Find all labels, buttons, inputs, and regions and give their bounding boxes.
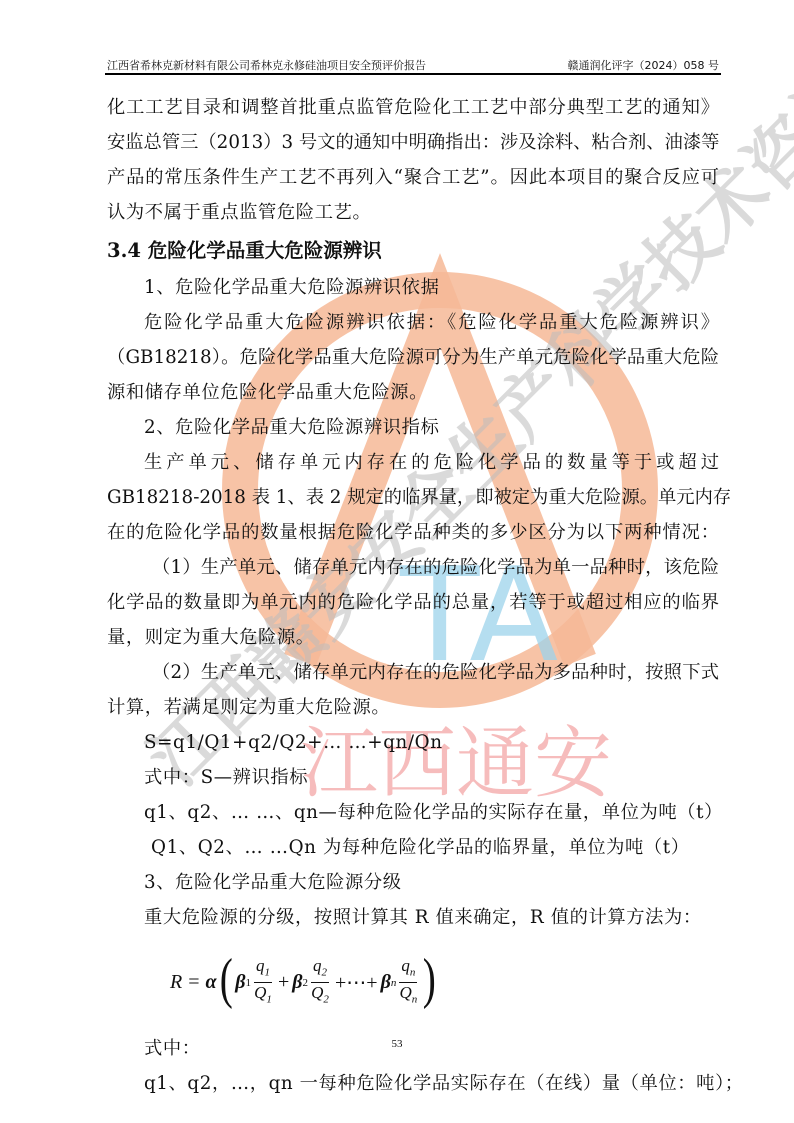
paragraph-line: 化工工艺目录和调整首批重点监管危险化工工艺中部分典型工艺的通知》: [107, 90, 719, 125]
page-header: 江西省希林克新材料有限公司希林克永修硅油项目安全预评价报告 赣通润化评字（202…: [107, 55, 719, 73]
paragraph-line: （2）生产单元、储存单元内存在的危险化学品为多品种时，按照下式: [107, 655, 719, 690]
paragraph-line: （1）生产单元、储存单元内存在的危险化学品为单一品种时，该危险: [107, 550, 719, 585]
header-report-title: 江西省希林克新材料有限公司希林克永修硅油项目安全预评价报告: [107, 57, 426, 73]
fraction-2: q2 Q2: [311, 957, 329, 1009]
section-heading: 3.4 危险化学品重大危险源辨识: [107, 232, 719, 270]
paragraph-line: 在的危险化学品的数量根据危险化学品种类的多少区分为以下两种情况：: [107, 515, 719, 550]
paragraph-line: 源和储存单位危险化学品重大危险源。: [107, 375, 719, 410]
page-number: 53: [0, 1038, 794, 1050]
paragraph-line: 重大危险源的分级，按照计算其 R 值来确定，R 值的计算方法为：: [107, 900, 719, 935]
definition-q: q1、q2、… …、qn—每种危险化学品的实际存在量，单位为吨（t）: [107, 795, 719, 830]
paragraph-line: 计算，若满足则定为重大危险源。: [107, 690, 719, 725]
paragraph-line: 量，则定为重大危险源。: [107, 620, 719, 655]
definition-Q: Q1、Q2、… …Qn 为每种危险化学品的临界量，单位为吨（t）: [107, 830, 719, 865]
paragraph-line: （GB18218）。危险化学品重大危险源可分为生产单元危险化学品重大危险: [107, 340, 719, 375]
paragraph-line: 安监总管三（2013）3 号文的通知中明确指出：涉及涂料、粘合剂、油漆等: [107, 125, 719, 160]
definition-qn: q1、q2，…，qn 一每种危险化学品实际存在（在线）量（单位：吨）；: [107, 1066, 719, 1101]
formula-s: S=q1/Q1+q2/Q2+… …+qn/Qn: [107, 725, 719, 760]
paragraph-line: GB18218-2018 表 1、表 2 规定的临界量，即被定为重大危险源。单元…: [107, 480, 719, 515]
document-page: TA 江西赣安安全生产科学技术咨询有限公司 江西通安 江西省希林克新材料有限公司…: [0, 0, 794, 1123]
subsection-heading: 3、危险化学品重大危险源分级: [107, 865, 719, 900]
formula-r: R = α ( β1 q1 Q1 + β2 q2 Q2 +⋯+ βn qn: [170, 957, 439, 1009]
right-paren: ): [423, 951, 436, 1007]
fraction-1: q1 Q1: [254, 957, 272, 1009]
paragraph-line: 危险化学品重大危险源辨识依据：《危险化学品重大危险源辨识》: [107, 305, 719, 340]
formula-s-legend: 式中：S—辨识指标: [107, 760, 719, 795]
page-body: 化工工艺目录和调整首批重点监管危险化工工艺中部分典型工艺的通知》 安监总管三（2…: [107, 90, 719, 1101]
paragraph-line: 化学品的数量即为单元内的危险化学品的总量，若等于或超过相应的临界: [107, 585, 719, 620]
paragraph-line: 生产单元、储存单元内存在的危险化学品的数量等于或超过: [107, 445, 719, 480]
fraction-n: qn Qn: [399, 957, 417, 1009]
paragraph-line: 产品的常压条件生产工艺不再列入“聚合工艺”。因此本项目的聚合反应可: [107, 160, 719, 195]
paragraph-line: 认为不属于重点监管危险工艺。: [107, 195, 719, 230]
left-paren: (: [219, 951, 232, 1007]
header-report-number: 赣通润化评字（2024）058 号: [568, 57, 720, 73]
header-divider: [105, 73, 721, 75]
subsection-heading: 1、危险化学品重大危险源辨识依据: [107, 270, 719, 305]
subsection-heading: 2、危险化学品重大危险源辨识指标: [107, 410, 719, 445]
formula-r-block: R = α ( β1 q1 Q1 + β2 q2 Q2 +⋯+ βn qn: [107, 935, 719, 1035]
